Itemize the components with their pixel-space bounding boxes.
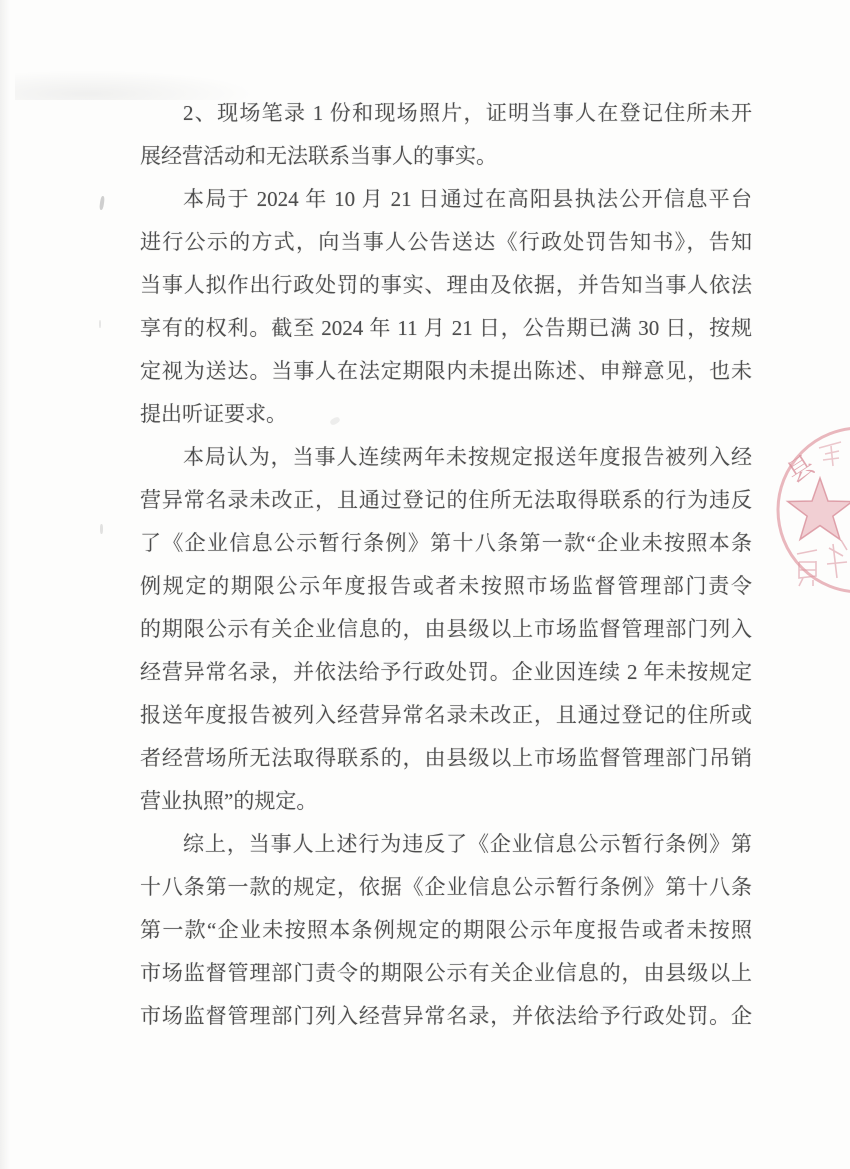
text-line: 例规定的期限公示年度报告或者未按照市场监督管理部门责令 xyxy=(140,565,752,608)
scan-edge-shadow xyxy=(0,0,10,1169)
text-line: 营业执照”的规定。 xyxy=(140,780,752,823)
text-line: 的期限公示有关企业信息的，由县级以上市场监督管理部门列入 xyxy=(140,608,752,651)
text-line: 营异常名录未改正，且通过登记的住所无法取得联系的行为违反 xyxy=(140,479,752,522)
scan-artifact xyxy=(99,196,105,210)
official-seal-stamp: 县 xyxy=(753,418,850,608)
text-line: 本局认为，当事人连续两年未按规定报送年度报告被列入经 xyxy=(140,436,752,479)
seal-partial-characters xyxy=(797,540,847,586)
text-line: 综上，当事人上述行为违反了《企业信息公示暂行条例》第 xyxy=(140,823,752,866)
scan-artifact xyxy=(99,320,101,328)
star-icon xyxy=(788,478,850,540)
text-line: 市场监督管理部门列入经营异常名录，并依法给予行政处罚。企 xyxy=(140,995,752,1038)
scan-artifact xyxy=(100,524,103,534)
text-line: 报送年度报告被列入经营异常名录未改正，且通过登记的住所或 xyxy=(140,694,752,737)
text-line: 定视为送达。当事人在法定期限内未提出陈述、申辩意见，也未 xyxy=(140,350,752,393)
text-line: 进行公示的方式，向当事人公告送达《行政处罚告知书》，告知 xyxy=(140,221,752,264)
text-line: 提出听证要求。 xyxy=(140,393,752,436)
text-line: 者经营场所无法取得联系的，由县级以上市场监督管理部门吊销 xyxy=(140,737,752,780)
text-line: 本局于 2024 年 10 月 21 日通过在高阳县执法公开信息平台 xyxy=(140,178,752,221)
text-line: 当事人拟作出行政处罚的事实、理由及依据，并告知当事人依法 xyxy=(140,264,752,307)
text-line: 市场监督管理部门责令的期限公示有关企业信息的，由县级以上 xyxy=(140,952,752,995)
document-body: 2、现场笔录 1 份和现场照片，证明当事人在登记住所未开展经营活动和无法联系当事… xyxy=(140,92,752,1038)
text-line: 了《企业信息公示暂行条例》第十八条第一款“企业未按照本条 xyxy=(140,522,752,565)
seal-partial-characters xyxy=(819,442,841,466)
text-line: 经营异常名录，并依法给予行政处罚。企业因连续 2 年未按规定 xyxy=(140,651,752,694)
seal-ring xyxy=(778,428,850,592)
text-line: 十八条第一款的规定，依据《企业信息公示暂行条例》第十八条 xyxy=(140,866,752,909)
scanned-document-page: 2、现场笔录 1 份和现场照片，证明当事人在登记住所未开展经营活动和无法联系当事… xyxy=(0,0,850,1169)
text-line: 2、现场笔录 1 份和现场照片，证明当事人在登记住所未开 xyxy=(140,92,752,135)
text-line: 享有的权利。截至 2024 年 11 月 21 日，公告期已满 30 日，按规 xyxy=(140,307,752,350)
text-line: 展经营活动和无法联系当事人的事实。 xyxy=(140,135,752,178)
seal-character: 县 xyxy=(782,450,820,488)
text-line: 第一款“企业未按照本条例规定的期限公示年度报告或者未按照 xyxy=(140,909,752,952)
